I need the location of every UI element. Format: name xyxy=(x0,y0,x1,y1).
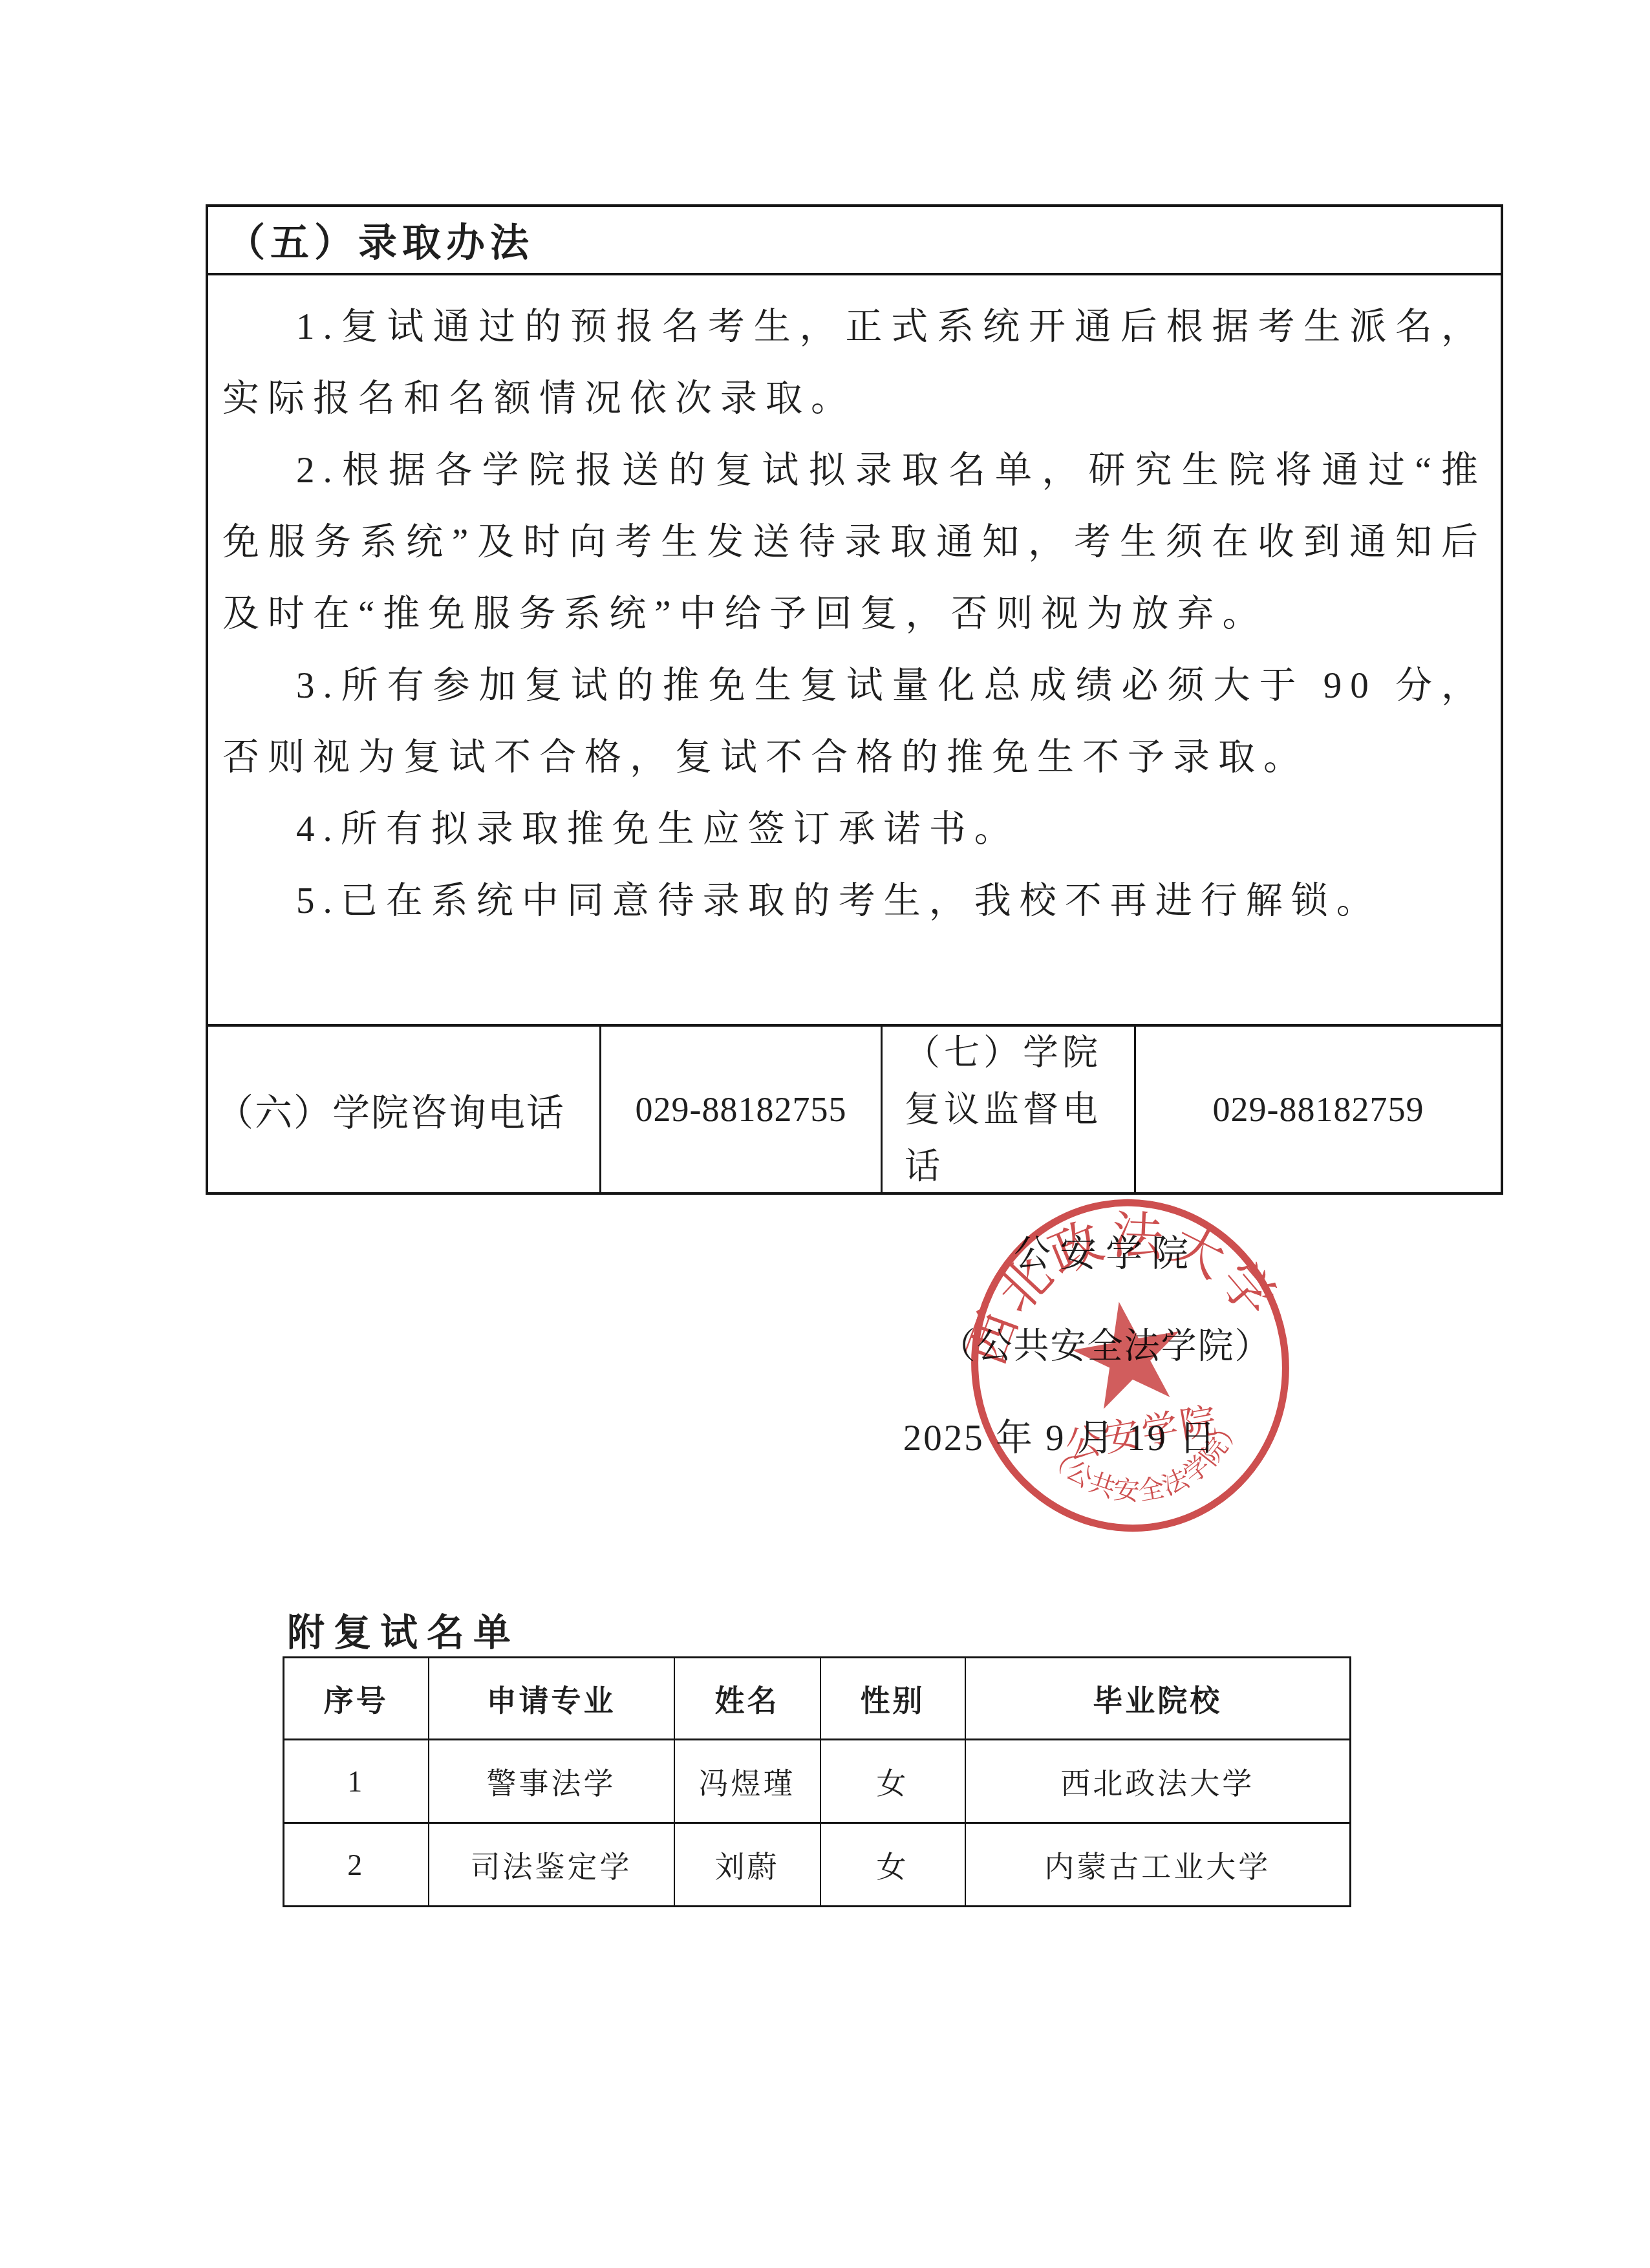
consult-phone-number: 029-88182755 xyxy=(601,1027,883,1192)
interview-list-table: 序号申请专业姓名性别毕业院校 1 警事法学 冯煜瑾 女 西北政法大学 2 司法鉴… xyxy=(283,1656,1351,1907)
column-header: 申请专业 xyxy=(429,1658,674,1740)
attachment-title: 附复试名单 xyxy=(287,1602,520,1656)
cell-school: 西北政法大学 xyxy=(965,1740,1351,1823)
table-row: 2 司法鉴定学 刘蔚 女 内蒙古工业大学 xyxy=(284,1823,1351,1907)
review-phone-number: 029-88182759 xyxy=(1136,1027,1501,1192)
admission-rules-text: 1.复试通过的预报名考生，正式系统开通后根据考生派名，实际报名和名额情况依次录取… xyxy=(208,275,1501,1027)
official-red-seal: 西北政法大学 公安学院 （公共安全法学院） xyxy=(962,1191,1298,1540)
column-header: 毕业院校 xyxy=(965,1658,1351,1740)
admission-methods-table: （五）录取办法 1.复试通过的预报名考生，正式系统开通后根据考生派名，实际报名和… xyxy=(206,204,1503,1195)
table-row: 1 警事法学 冯煜瑾 女 西北政法大学 xyxy=(284,1740,1351,1823)
rule-paragraph: 1.复试通过的预报名考生，正式系统开通后根据考生派名，实际报名和名额情况依次录取… xyxy=(222,291,1486,434)
cell-index: 1 xyxy=(284,1740,429,1823)
rule-paragraph: 3.所有参加复试的推免生复试量化总成绩必须大于 90 分，否则视为复试不合格，复… xyxy=(222,650,1486,793)
cell-name: 刘蔚 xyxy=(674,1823,820,1907)
section-title-admission-methods: （五）录取办法 xyxy=(208,207,1501,275)
interview-table-body: 1 警事法学 冯煜瑾 女 西北政法大学 2 司法鉴定学 刘蔚 女 内蒙古工业大学 xyxy=(284,1740,1351,1907)
cell-name: 冯煜瑾 xyxy=(674,1740,820,1823)
cell-gender: 女 xyxy=(820,1823,965,1907)
column-header: 性别 xyxy=(820,1658,965,1740)
consult-phone-label: （六）学院咨询电话 xyxy=(208,1027,601,1192)
interview-table-header-row: 序号申请专业姓名性别毕业院校 xyxy=(284,1658,1351,1740)
scanned-notice-page: （五）录取办法 1.复试通过的预报名考生，正式系统开通后根据考生派名，实际报名和… xyxy=(0,0,1650,2268)
cell-gender: 女 xyxy=(820,1740,965,1823)
rule-paragraph: 2.根据各学院报送的复试拟录取名单，研究生院将通过“推免服务系统”及时向考生发送… xyxy=(222,434,1486,650)
contact-row: （六）学院咨询电话 029-88182755 （七）学院复议监督电话 029-8… xyxy=(208,1027,1501,1192)
column-header: 序号 xyxy=(284,1658,429,1740)
review-phone-label: （七）学院复议监督电话 xyxy=(883,1027,1136,1192)
rule-paragraph: 5.已在系统中同意待录取的考生，我校不再进行解锁。 xyxy=(222,865,1486,937)
cell-major: 警事法学 xyxy=(429,1740,674,1823)
column-header: 姓名 xyxy=(674,1658,820,1740)
rule-paragraph: 4.所有拟录取推免生应签订承诺书。 xyxy=(222,793,1486,865)
cell-school: 内蒙古工业大学 xyxy=(965,1823,1351,1907)
seal-star-icon xyxy=(1066,1292,1190,1413)
cell-index: 2 xyxy=(284,1823,429,1907)
cell-major: 司法鉴定学 xyxy=(429,1823,674,1907)
